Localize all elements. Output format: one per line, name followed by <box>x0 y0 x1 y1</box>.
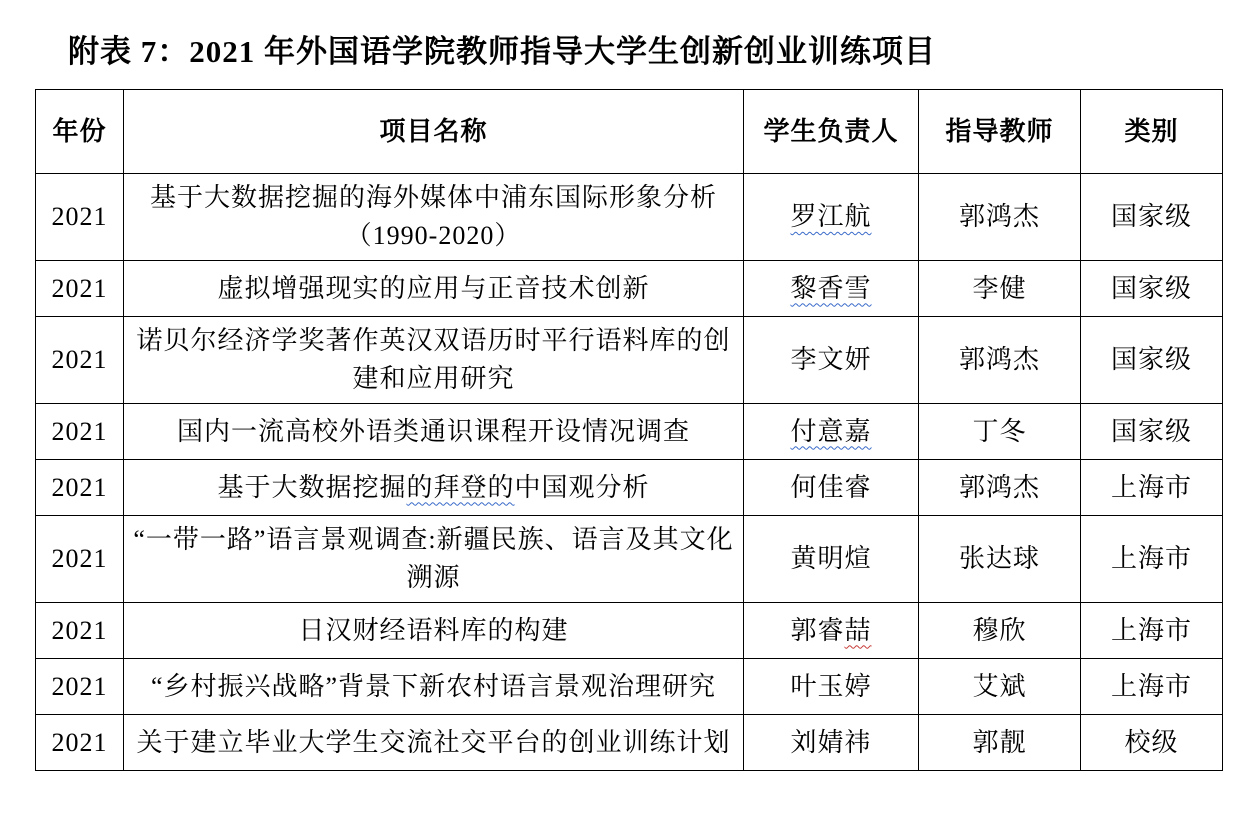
text-segment: 2021 <box>52 544 108 573</box>
category-cell: 国家级 <box>1081 317 1223 404</box>
table-row: 2021基于大数据挖掘的海外媒体中浦东国际形象分析（1990-2020）罗江航郭… <box>36 174 1223 261</box>
year-cell: 2021 <box>36 261 124 317</box>
advisor-cell: 艾斌 <box>919 659 1081 715</box>
col-header-project: 项目名称 <box>124 90 744 174</box>
year-cell: 2021 <box>36 460 124 516</box>
spellcheck-blue-squiggle-segment: 付意嘉 <box>790 417 871 446</box>
student-cell: 李文妍 <box>744 317 919 404</box>
text-segment: 2021 <box>52 274 108 303</box>
col-header-year: 年份 <box>36 90 124 174</box>
text-segment: “乡村振兴战略”背景下新农村语言景观治理研究 <box>151 672 716 701</box>
text-segment: 虚拟增强现实的应用与正音技术创新 <box>217 274 649 303</box>
text-segment: 2021 <box>52 417 108 446</box>
category-cell: 上海市 <box>1081 516 1223 603</box>
text-segment: 2021 <box>52 345 108 374</box>
projects-table: 年份 项目名称 学生负责人 指导教师 类别 2021基于大数据挖掘的海外媒体中浦… <box>35 89 1223 771</box>
project-cell: 基于大数据挖掘的拜登的中国观分析 <box>124 460 744 516</box>
page-title: 附表 7：2021 年外国语学院教师指导大学生创新创业训练项目 <box>68 26 1250 71</box>
text-segment: 2021 <box>52 672 108 701</box>
text-segment: 郭睿 <box>790 616 844 645</box>
text-segment: 上海市 <box>1111 672 1192 701</box>
project-cell: 诺贝尔经济学奖著作英汉双语历时平行语料库的创建和应用研究 <box>124 317 744 404</box>
text-segment: 基于大数据挖掘 <box>217 473 406 502</box>
table-row: 2021日汉财经语料库的构建郭睿喆穆欣上海市 <box>36 603 1223 659</box>
header-row: 年份 项目名称 学生负责人 指导教师 类别 <box>36 90 1223 174</box>
col-header-advisor: 指导教师 <box>919 90 1081 174</box>
table-row: 2021虚拟增强现实的应用与正音技术创新黎香雪李健国家级 <box>36 261 1223 317</box>
project-cell: 关于建立毕业大学生交流社交平台的创业训练计划 <box>124 715 744 771</box>
text-segment: 李健 <box>972 274 1026 303</box>
text-segment: 何佳睿 <box>790 473 871 502</box>
project-cell: “乡村振兴战略”背景下新农村语言景观治理研究 <box>124 659 744 715</box>
student-cell: 罗江航 <box>744 174 919 261</box>
text-segment: 2021 <box>52 202 108 231</box>
year-cell: 2021 <box>36 715 124 771</box>
document-page: 附表 7：2021 年外国语学院教师指导大学生创新创业训练项目 年份 项目名称 … <box>0 0 1250 771</box>
text-segment: 日汉财经语料库的构建 <box>298 616 568 645</box>
text-segment: 郭鸿杰 <box>959 345 1040 374</box>
text-segment: 校级 <box>1124 728 1178 757</box>
col-header-student: 学生负责人 <box>744 90 919 174</box>
category-cell: 校级 <box>1081 715 1223 771</box>
year-cell: 2021 <box>36 404 124 460</box>
student-cell: 黎香雪 <box>744 261 919 317</box>
advisor-cell: 郭鸿杰 <box>919 460 1081 516</box>
text-segment: 中国观分析 <box>515 473 650 502</box>
project-cell: 基于大数据挖掘的海外媒体中浦东国际形象分析（1990-2020） <box>124 174 744 261</box>
table-row: 2021“乡村振兴战略”背景下新农村语言景观治理研究叶玉婷艾斌上海市 <box>36 659 1223 715</box>
advisor-cell: 穆欣 <box>919 603 1081 659</box>
text-segment: 穆欣 <box>972 616 1026 645</box>
advisor-cell: 郭鸿杰 <box>919 174 1081 261</box>
table-body: 2021基于大数据挖掘的海外媒体中浦东国际形象分析（1990-2020）罗江航郭… <box>36 174 1223 771</box>
table-row: 2021关于建立毕业大学生交流社交平台的创业训练计划刘婧祎郭靓校级 <box>36 715 1223 771</box>
year-cell: 2021 <box>36 516 124 603</box>
advisor-cell: 李健 <box>919 261 1081 317</box>
student-cell: 付意嘉 <box>744 404 919 460</box>
table-row: 2021诺贝尔经济学奖著作英汉双语历时平行语料库的创建和应用研究李文妍郭鸿杰国家… <box>36 317 1223 404</box>
category-cell: 国家级 <box>1081 404 1223 460</box>
project-cell: 日汉财经语料库的构建 <box>124 603 744 659</box>
text-segment: 黄明煊 <box>790 544 871 573</box>
text-segment: “一带一路”语言景观调查:新疆民族、语言及其文化溯源 <box>133 525 733 592</box>
text-segment: 李文妍 <box>790 345 871 374</box>
advisor-cell: 丁冬 <box>919 404 1081 460</box>
text-segment: 上海市 <box>1111 544 1192 573</box>
text-segment: 艾斌 <box>972 672 1026 701</box>
text-segment: 叶玉婷 <box>790 672 871 701</box>
project-cell: 虚拟增强现实的应用与正音技术创新 <box>124 261 744 317</box>
project-cell: “一带一路”语言景观调查:新疆民族、语言及其文化溯源 <box>124 516 744 603</box>
text-segment: 丁冬 <box>972 417 1026 446</box>
year-cell: 2021 <box>36 317 124 404</box>
text-segment: 刘婧祎 <box>790 728 871 757</box>
text-segment: 上海市 <box>1111 616 1192 645</box>
text-segment: 国家级 <box>1111 202 1192 231</box>
year-cell: 2021 <box>36 174 124 261</box>
category-cell: 国家级 <box>1081 174 1223 261</box>
spellcheck-red-squiggle-segment: 喆 <box>845 616 872 645</box>
year-cell: 2021 <box>36 603 124 659</box>
text-segment: 国家级 <box>1111 345 1192 374</box>
spellcheck-blue-squiggle-segment: 黎香雪 <box>790 274 871 303</box>
text-segment: 郭鸿杰 <box>959 473 1040 502</box>
text-segment: 2021 <box>52 616 108 645</box>
text-segment: 国内一流高校外语类通识课程开设情况调查 <box>177 417 690 446</box>
project-cell: 国内一流高校外语类通识课程开设情况调查 <box>124 404 744 460</box>
student-cell: 郭睿喆 <box>744 603 919 659</box>
category-cell: 上海市 <box>1081 659 1223 715</box>
text-segment: 诺贝尔经济学奖著作英汉双语历时平行语料库的创建和应用研究 <box>136 326 730 393</box>
student-cell: 刘婧祎 <box>744 715 919 771</box>
text-segment: 基于大数据挖掘的海外媒体中浦东国际形象分析（1990-2020） <box>150 183 717 250</box>
year-cell: 2021 <box>36 659 124 715</box>
table-row: 2021“一带一路”语言景观调查:新疆民族、语言及其文化溯源黄明煊张达球上海市 <box>36 516 1223 603</box>
text-segment: 关于建立毕业大学生交流社交平台的创业训练计划 <box>136 728 730 757</box>
text-segment: 国家级 <box>1111 417 1192 446</box>
table-row: 2021基于大数据挖掘的拜登的中国观分析何佳睿郭鸿杰上海市 <box>36 460 1223 516</box>
text-segment: 上海市 <box>1111 473 1192 502</box>
text-segment: 2021 <box>52 728 108 757</box>
text-segment: 国家级 <box>1111 274 1192 303</box>
student-cell: 叶玉婷 <box>744 659 919 715</box>
student-cell: 何佳睿 <box>744 460 919 516</box>
category-cell: 上海市 <box>1081 460 1223 516</box>
advisor-cell: 郭鸿杰 <box>919 317 1081 404</box>
text-segment: 2021 <box>52 473 108 502</box>
text-segment: 郭鸿杰 <box>959 202 1040 231</box>
spellcheck-blue-squiggle-segment: 罗江航 <box>790 202 871 231</box>
col-header-category: 类别 <box>1081 90 1223 174</box>
student-cell: 黄明煊 <box>744 516 919 603</box>
category-cell: 国家级 <box>1081 261 1223 317</box>
text-segment: 张达球 <box>959 544 1040 573</box>
table-row: 2021国内一流高校外语类通识课程开设情况调查付意嘉丁冬国家级 <box>36 404 1223 460</box>
text-segment: 郭靓 <box>972 728 1026 757</box>
category-cell: 上海市 <box>1081 603 1223 659</box>
advisor-cell: 郭靓 <box>919 715 1081 771</box>
advisor-cell: 张达球 <box>919 516 1081 603</box>
spellcheck-blue-squiggle-segment: 的拜登的 <box>406 473 514 502</box>
